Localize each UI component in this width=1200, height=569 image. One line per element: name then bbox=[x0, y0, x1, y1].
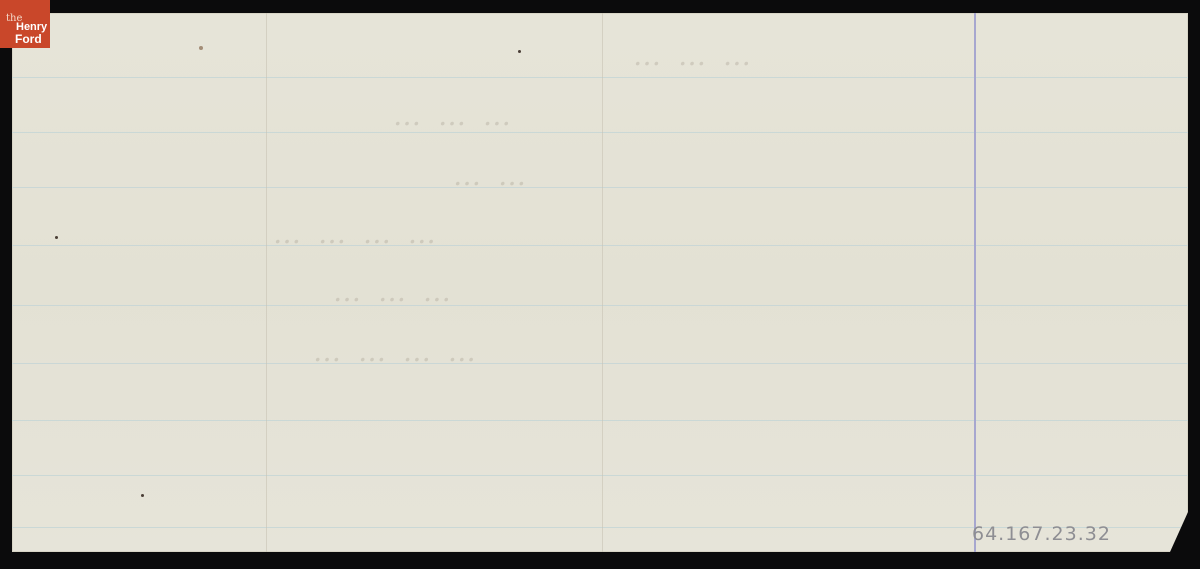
bleed-through-text: … … … bbox=[626, 39, 760, 72]
paper-spot bbox=[199, 46, 203, 50]
catalog-number: 64.167.23.32 bbox=[972, 523, 1111, 545]
bleed-through-text: … … bbox=[446, 159, 535, 192]
bleed-through-text: … … … bbox=[386, 99, 520, 132]
margin-line bbox=[974, 13, 976, 552]
paper-spot bbox=[55, 236, 58, 239]
paper-spot bbox=[141, 494, 144, 497]
fold-crease bbox=[266, 13, 267, 552]
ruled-line bbox=[12, 77, 1188, 78]
ruled-line bbox=[12, 475, 1188, 476]
ruled-line bbox=[12, 305, 1188, 306]
ruled-line bbox=[12, 187, 1188, 188]
ruled-line bbox=[12, 420, 1188, 421]
ruled-line bbox=[12, 245, 1188, 246]
ruled-line bbox=[12, 363, 1188, 364]
paper-spot bbox=[518, 50, 521, 53]
bleed-through-text: … … … … bbox=[306, 335, 485, 368]
ruled-line bbox=[12, 132, 1188, 133]
bleed-through-text: … … … bbox=[326, 275, 460, 308]
henry-ford-logo: the Henry Ford bbox=[0, 0, 50, 48]
bleed-through-text: … … … … bbox=[266, 217, 445, 250]
document-sheet: … … … … … … … … … … … … … … … … … … … 64… bbox=[12, 13, 1188, 552]
fold-crease bbox=[602, 13, 603, 552]
logo-ford: Ford bbox=[15, 33, 42, 45]
